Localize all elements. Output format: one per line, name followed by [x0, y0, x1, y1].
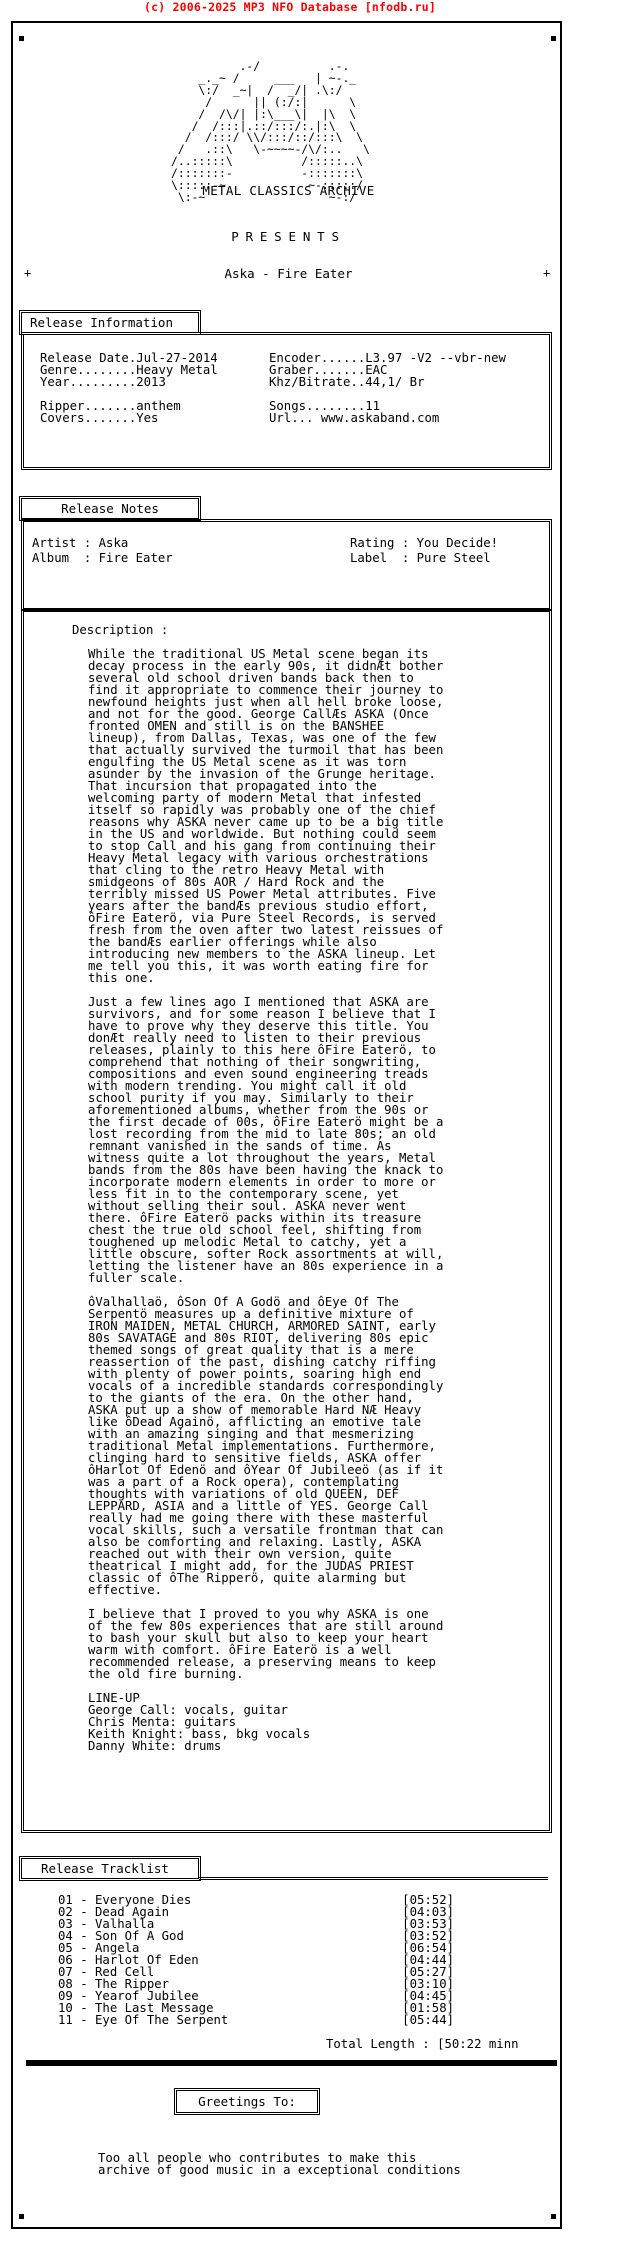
tab-release-tracklist: Release Tracklist — [19, 1856, 201, 1881]
info-row: Khz/Bitrate..44,1/ Br — [269, 376, 506, 388]
divider-rule — [26, 2060, 557, 2066]
description-paragraph: While the traditional US Metal scene beg… — [88, 648, 443, 984]
info-value: Yes — [136, 411, 158, 425]
logo-title: METAL CLASSICS ARCHIVE — [13, 183, 564, 198]
greetings-text: Too all people who contributes to make t… — [98, 2152, 461, 2176]
tracklist: 01 - Everyone Dies[05:52]02 - Dead Again… — [58, 1894, 454, 2026]
lineup-member: Danny White: drums — [88, 1740, 443, 1752]
release-info-left: Release Date.Jul-27-2014Genre........Hea… — [40, 352, 218, 424]
corner-dot — [19, 2214, 24, 2219]
info-key: Covers....... — [40, 411, 136, 425]
tab-label: Release Tracklist — [41, 1861, 169, 1876]
release-info-right: Encoder......L3.97 -V2 --vbr-newGraber..… — [269, 352, 506, 424]
description-paragraph: I believe that I proved to you why ASKA … — [88, 1608, 443, 1680]
description-paragraph: ôValhallaö, ôSon Of A Godö and ôEye Of T… — [88, 1296, 443, 1596]
description-body: While the traditional US Metal scene beg… — [88, 648, 443, 1752]
description-box: Description : While the traditional US M… — [21, 609, 552, 1833]
info-key: Url... — [269, 411, 321, 425]
nfo-frame: .-/ .-. _._~ / ___ | ~-._ \:/ _~| / _/| … — [11, 21, 562, 2229]
plus-marker: + — [543, 266, 550, 280]
info-key: Khz/Bitrate.. — [269, 375, 365, 389]
label-value: Pure Steel — [417, 551, 491, 565]
copyright-notice: (c) 2006-2025 MP3 NFO Database [nfodb.ru… — [0, 0, 580, 14]
total-length-value: [50:22 minn — [437, 2037, 518, 2051]
rating-line: Rating : You Decide! — [350, 537, 498, 549]
description-heading: Description : — [72, 624, 168, 636]
tab-release-notes: Release Notes — [19, 496, 201, 521]
release-information-box: Release Date.Jul-27-2014Genre........Hea… — [21, 332, 552, 470]
tab-label: Release Notes — [61, 501, 159, 516]
rating-value: You Decide! — [417, 536, 498, 550]
corner-dot — [551, 36, 556, 41]
total-length: Total Length : [50:22 minn — [326, 2038, 519, 2050]
info-value: 2013 — [136, 375, 166, 389]
album-line: Album : Fire Eater — [32, 552, 173, 564]
corner-dot — [551, 2214, 556, 2219]
description-paragraph: Just a few lines ago I mentioned that AS… — [88, 996, 443, 1284]
info-value: 44,1/ Br — [365, 375, 424, 389]
release-title: Aska - Fire Eater — [13, 266, 564, 281]
presents-heading: PRESENTS — [13, 229, 564, 244]
info-row: Year.........2013 — [40, 376, 218, 388]
info-value: www.askaband.com — [321, 411, 439, 425]
release-notes-header-box: Artist : Aska Album : Fire Eater Rating … — [21, 519, 552, 611]
label-line: Label : Pure Steel — [350, 552, 491, 564]
track-title: 11 - Eye Of The Serpent — [58, 2014, 228, 2026]
artist-line: Artist : Aska — [32, 537, 128, 549]
track-length: [05:44] — [402, 2014, 454, 2026]
album-value: Fire Eater — [99, 551, 173, 565]
info-row: Covers.......Yes — [40, 412, 218, 424]
corner-dot — [19, 36, 24, 41]
greetings-label: Greetings To: — [198, 2094, 296, 2109]
tab-label: Release Information — [30, 315, 173, 330]
tracklist-rule — [199, 1877, 548, 1880]
info-row: Url... www.askaband.com — [269, 412, 506, 424]
greetings-box: Greetings To: — [174, 2088, 320, 2115]
track-row: 11 - Eye Of The Serpent[05:44] — [58, 2014, 454, 2026]
info-key: Year......... — [40, 375, 136, 389]
artist-value: Aska — [99, 536, 129, 550]
